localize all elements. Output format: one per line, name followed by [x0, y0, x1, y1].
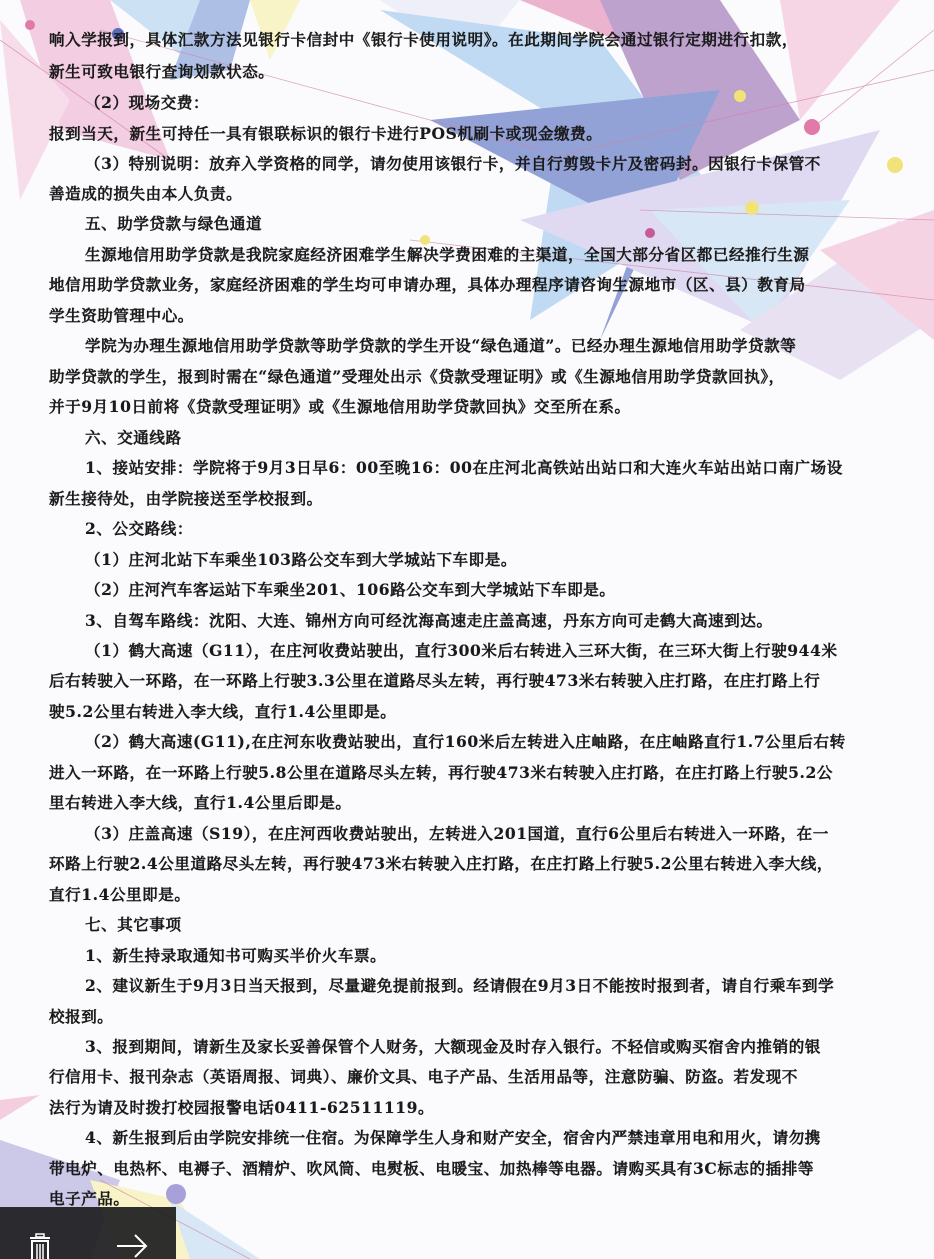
document-line: 新生接待处，由学院接送至学校报到。 — [49, 489, 904, 509]
document-line: 助学贷款的学生，报到时需在“绿色通道”受理处出示《贷款受理证明》或《生源地信用助… — [49, 367, 904, 387]
document-line: 2、建议新生于9月3日当天报到，尽量避免提前报到。经请假在9月3日不能按时报到者… — [85, 976, 904, 996]
document-line: 2、公交路线： — [85, 519, 904, 539]
document-line: 学生资助管理中心。 — [49, 306, 904, 326]
document-line: 新生可致电银行查询划款状态。 — [49, 62, 904, 82]
document-line: （2）鹤大高速(G11),在庄河东收费站驶出，直行160米后左转进入庄岫路，在庄… — [85, 732, 904, 752]
document-line: 3、报到期间，请新生及家长妥善保管个人财务，大额现金及时存入银行。不轻信或购买宿… — [85, 1037, 904, 1057]
document-line: 生源地信用助学贷款是我院家庭经济困难学生解决学费困难的主渠道，全国大部分省区都已… — [85, 245, 904, 265]
document-line: 行信用卡、报刊杂志（英语周报、词典）、廉价文具、电子产品、生活用品等，注意防骗、… — [49, 1067, 904, 1087]
document-line: 驶5.2公里右转进入李大线，直行1.4公里即是。 — [49, 702, 904, 722]
document-line: 响入学报到，具体汇款方法见银行卡信封中《银行卡使用说明》。在此期间学院会通过银行… — [49, 30, 904, 50]
trash-icon — [27, 1233, 53, 1259]
document-line: 七、其它事项 — [85, 915, 904, 935]
document-line: 后右转驶入一环路，在一环路上行驶3.3公里在道路尽头左转，再行驶473米右转驶入… — [49, 671, 904, 691]
document-line: 直行1.4公里即是。 — [49, 885, 904, 905]
document-line: 校报到。 — [49, 1007, 904, 1027]
document-line: （2）庄河汽车客运站下车乘坐201、106路公交车到大学城站下车即是。 — [85, 580, 904, 600]
document-line: （3）特别说明：放弃入学资格的同学，请勿使用该银行卡，并自行剪毁卡片及密码封。因… — [85, 154, 904, 174]
document-line: 里右转进入李大线，直行1.4公里后即是。 — [49, 793, 904, 813]
document-line: （1）鹤大高速（G11），在庄河收费站驶出，直行300米后右转进入三环大街，在三… — [85, 641, 904, 661]
document-line: （2）现场交费： — [85, 93, 904, 113]
document-line: 进入一环路，在一环路上行驶5.8公里在道路尽头左转，再行驶473米右转驶入庄打路… — [49, 763, 904, 783]
delete-button[interactable] — [20, 1233, 60, 1259]
next-button[interactable] — [112, 1233, 152, 1259]
document-line: （1）庄河北站下车乘坐103路公交车到大学城站下车即是。 — [85, 550, 904, 570]
document-line: 地信用助学贷款业务，家庭经济困难的学生均可申请办理，具体办理程序请咨询生源地市（… — [49, 275, 904, 295]
document-line: 法行为请及时拨打校园报警电话0411-62511119。 — [49, 1098, 904, 1118]
document-line: 带电炉、电热杯、电褥子、酒精炉、吹风筒、电熨板、电暖宝、加热棒等电器。请购买具有… — [49, 1159, 904, 1179]
document-line: 学院为办理生源地信用助学贷款等助学贷款的学生开设“绿色通道”。已经办理生源地信用… — [85, 336, 904, 356]
document-line: 环路上行驶2.4公里道路尽头左转，再行驶473米右转驶入庄打路，在庄打路上行驶5… — [49, 854, 904, 874]
bottom-toolbar — [0, 1207, 176, 1259]
document-line: 1、新生持录取通知书可购买半价火车票。 — [85, 946, 904, 966]
document-line: 善造成的损失由本人负责。 — [49, 184, 904, 204]
document-line: 3、自驾车路线：沈阳、大连、锦州方向可经沈海高速走庄盖高速，丹东方向可走鹤大高速… — [85, 611, 904, 631]
document-line: （3）庄盖高速（S19），在庄河西收费站驶出，左转进入201国道，直行6公里后右… — [85, 824, 904, 844]
document-line: 五、助学贷款与绿色通道 — [85, 214, 904, 234]
document-line: 1、接站安排：学院将于9月3日早6：00至晚16：00在庄河北高铁站出站口和大连… — [85, 458, 904, 478]
document-line: 4、新生报到后由学院安排统一住宿。为保障学生人身和财产安全，宿舍内严禁违章用电和… — [85, 1128, 904, 1148]
document-line: 电子产品。 — [49, 1189, 904, 1209]
document-line: 六、交通线路 — [85, 428, 904, 448]
document-line: 报到当天，新生可持任一具有银联标识的银行卡进行POS机刷卡或现金缴费。 — [49, 124, 904, 144]
arrow-right-icon — [115, 1233, 149, 1259]
document-line: 并于9月10日前将《贷款受理证明》或《生源地信用助学贷款回执》交至所在系。 — [49, 397, 904, 417]
